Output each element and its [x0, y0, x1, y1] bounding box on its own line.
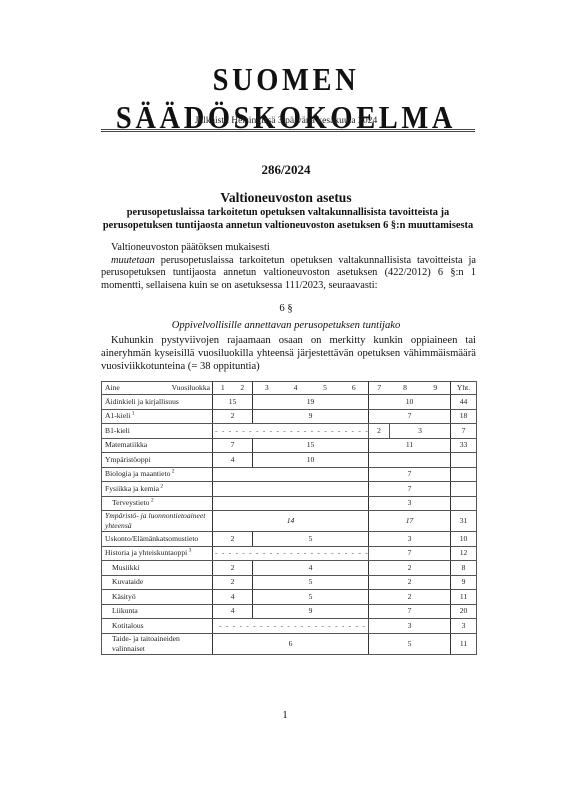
row-subject: Musiikki	[102, 561, 213, 576]
document-page: SUOMEN SÄÄDÖSKOKOELMA Julkaistu Helsingi…	[0, 0, 565, 800]
table-cell-dashed: - - - - - - - - - - - - - - - - - - - - …	[213, 424, 369, 439]
cell-grades-3-6: 5	[253, 532, 369, 547]
table-row: Äidinkieli ja kirjallisuus15191044	[102, 395, 477, 410]
cell-grades-3-6: 15	[253, 438, 369, 453]
cell-total: 10	[451, 532, 477, 547]
cell-total: 11	[451, 633, 477, 654]
footnote-marker: 2	[159, 483, 163, 489]
preamble-line-2: muutetaan perusopetuslaissa tarkoitetun …	[101, 255, 476, 293]
dash-leader: - - - - - - - - - - - - - - - - - - - - …	[215, 426, 369, 435]
cell-total	[451, 453, 477, 468]
section-intro: Kuhunkin pystyviivojen rajaamaan osaan o…	[101, 335, 476, 373]
cell-grades-3-6: 9	[253, 604, 369, 619]
cell-total	[451, 482, 477, 497]
table-row: Käsityö45211	[102, 590, 477, 605]
masthead: SUOMEN SÄÄDÖSKOKOELMA	[96, 62, 476, 138]
row-subject: Ympäristö- ja luonnontietoaineet yhteens…	[102, 511, 213, 532]
cell-total: 8	[451, 561, 477, 576]
table-row: Matematiikka7151133	[102, 438, 477, 453]
footnote-marker: 1	[130, 411, 134, 417]
table-cell-dashed: - - - - - - - - - - - - - - - - - - - - …	[213, 546, 369, 561]
table-cell-dashed: - - - - - - - - - - - - - - - - - - - - …	[213, 619, 369, 634]
cell-grades-7-9: 3	[369, 532, 451, 547]
row-subject: A1-kieli 1	[102, 409, 213, 424]
cell-grades-7-9: 2	[369, 590, 451, 605]
cell-total: 18	[451, 409, 477, 424]
header-grade-5: 5	[311, 382, 340, 395]
header-grade-2: 2	[233, 382, 253, 395]
row-subject: Käsityö	[102, 590, 213, 605]
header-grade-9: 9	[421, 382, 451, 395]
footnote-marker: 3	[187, 548, 191, 554]
cell-grades-3-6: 5	[253, 590, 369, 605]
row-subject: Liikunta	[102, 604, 213, 619]
act-type: Valtioneuvoston asetus	[96, 190, 476, 206]
header-grade-7: 7	[369, 382, 390, 395]
preamble-line-1: Valtioneuvoston päätöksen mukaisesti	[101, 242, 476, 255]
cell-grade-7: 2	[369, 424, 390, 439]
cell-grades-3-6: 4	[253, 561, 369, 576]
table-row: A1-kieli 129718	[102, 409, 477, 424]
cell-total	[451, 467, 477, 482]
cell-grades-1-6: 6	[213, 633, 369, 654]
act-number: 286/2024	[96, 162, 476, 178]
cell-grades-1-2: 15	[213, 395, 253, 410]
cell-grades-3-6: 10	[253, 453, 369, 468]
page-number: 1	[270, 709, 300, 721]
section-title: Oppivelvollisille annettavan perusopetuk…	[96, 320, 476, 331]
dash-leader: - - - - - - - - - - - - - - - - - - - - …	[215, 548, 369, 557]
amend-word: muutetaan	[111, 255, 155, 266]
table-row: Biologia ja maantieto 27	[102, 467, 477, 482]
header-grade-4: 4	[281, 382, 311, 395]
cell-grades-1-2: 2	[213, 561, 253, 576]
cell-grades-7-9: 10	[369, 395, 451, 410]
cell-grades-8-9: 3	[390, 424, 451, 439]
cell-grades-1-2: 2	[213, 409, 253, 424]
cell-total: 7	[451, 424, 477, 439]
table-row: Fysiikka ja kemia 27	[102, 482, 477, 497]
table-row: Liikunta49720	[102, 604, 477, 619]
header-grade-6: 6	[340, 382, 369, 395]
cell-total: 12	[451, 546, 477, 561]
header-grade-3: 3	[253, 382, 281, 395]
cell-grades-3-6: 19	[253, 395, 369, 410]
row-subject: Fysiikka ja kemia 2	[102, 482, 213, 497]
header-subject-label: Aine	[105, 383, 120, 393]
cell-total	[451, 496, 477, 511]
cell-total: 31	[451, 511, 477, 532]
cell-grades-1-2: 4	[213, 453, 253, 468]
cell-total: 44	[451, 395, 477, 410]
publication-date: Julkaistu Helsingissä 3 päivänä kesäkuut…	[96, 115, 476, 126]
cell-grades-7-9: 7	[369, 546, 451, 561]
header-grade-8: 8	[390, 382, 421, 395]
cell-grades-1-2: 7	[213, 438, 253, 453]
table-row: Uskonto/Elämänkatsomustieto25310	[102, 532, 477, 547]
row-subject: Historia ja yhteiskuntaoppi 3	[102, 546, 213, 561]
cell-grades-1-6	[213, 482, 369, 497]
cell-grades-3-6: 9	[253, 409, 369, 424]
footnote-marker: 2	[170, 469, 174, 475]
footnote-marker: 2	[149, 498, 153, 504]
row-subject: Äidinkieli ja kirjallisuus	[102, 395, 213, 410]
cell-grades-1-6	[213, 467, 369, 482]
cell-grades-7-9: 2	[369, 575, 451, 590]
row-subject: Matematiikka	[102, 438, 213, 453]
cell-grades-7-9: 17	[369, 511, 451, 532]
row-subject: Kotitalous	[102, 619, 213, 634]
row-subject: Ympäristöoppi	[102, 453, 213, 468]
cell-total: 3	[451, 619, 477, 634]
row-subject: Uskonto/Elämänkatsomustieto	[102, 532, 213, 547]
cell-total: 9	[451, 575, 477, 590]
cell-total: 33	[451, 438, 477, 453]
row-subject: B1-kieli	[102, 424, 213, 439]
row-subject: Taide- ja taitoaineiden valinnaiset	[102, 633, 213, 654]
cell-grades-7-9: 5	[369, 633, 451, 654]
header-total: Yht.	[451, 382, 477, 395]
cell-grades-1-2: 4	[213, 604, 253, 619]
cell-grades-7-9: 2	[369, 561, 451, 576]
cell-grades-7-9	[369, 453, 451, 468]
cell-grades-3-6: 5	[253, 575, 369, 590]
act-title: perusopetuslaissa tarkoitetun opetuksen …	[100, 207, 476, 232]
row-subject: Biologia ja maantieto 2	[102, 467, 213, 482]
lesson-hours-table: AineVuosiluokka123456789Yht.Äidinkieli j…	[101, 381, 477, 655]
table-row: Ympäristöoppi410	[102, 453, 477, 468]
cell-grades-1-6	[213, 496, 369, 511]
header-grade-label: Vuosiluokka	[172, 383, 210, 393]
cell-grades-7-9: 7	[369, 482, 451, 497]
section-number: 6 §	[96, 303, 476, 314]
cell-grades-1-2: 4	[213, 590, 253, 605]
row-subject: Kuvataide	[102, 575, 213, 590]
cell-grades-7-9: 7	[369, 604, 451, 619]
cell-grades-7-9: 3	[369, 496, 451, 511]
header-grade-1: 1	[213, 382, 233, 395]
dash-leader: - - - - - - - - - - - - - - - - - - - - …	[219, 621, 369, 630]
cell-grades-7-9: 3	[369, 619, 451, 634]
cell-grades-7-9: 7	[369, 467, 451, 482]
header-rule	[101, 129, 475, 132]
preamble: Valtioneuvoston päätöksen mukaisesti muu…	[101, 242, 476, 292]
cell-grades-1-2: 2	[213, 532, 253, 547]
cell-total: 20	[451, 604, 477, 619]
cell-grades-1-2: 2	[213, 575, 253, 590]
table-row: Taide- ja taitoaineiden valinnaiset6511	[102, 633, 477, 654]
row-subject: Terveystieto 2	[102, 496, 213, 511]
table-row: Musiikki2428	[102, 561, 477, 576]
table-row: Terveystieto 23	[102, 496, 477, 511]
cell-grades-7-9: 11	[369, 438, 451, 453]
cell-total: 11	[451, 590, 477, 605]
table-row: Kuvataide2529	[102, 575, 477, 590]
table-row: Ympäristö- ja luonnontietoaineet yhteens…	[102, 511, 477, 532]
header-subject: AineVuosiluokka	[102, 382, 213, 395]
preamble-body: perusopetuslaissa tarkoitetun opetuksen …	[101, 255, 476, 291]
table-header-row: AineVuosiluokka123456789Yht.	[102, 382, 477, 395]
cell-grades-1-6: 14	[213, 511, 369, 532]
table-row: Kotitalous- - - - - - - - - - - - - - - …	[102, 619, 477, 634]
table-row: B1-kieli- - - - - - - - - - - - - - - - …	[102, 424, 477, 439]
cell-grades-7-9: 7	[369, 409, 451, 424]
table-row: Historia ja yhteiskuntaoppi 3- - - - - -…	[102, 546, 477, 561]
